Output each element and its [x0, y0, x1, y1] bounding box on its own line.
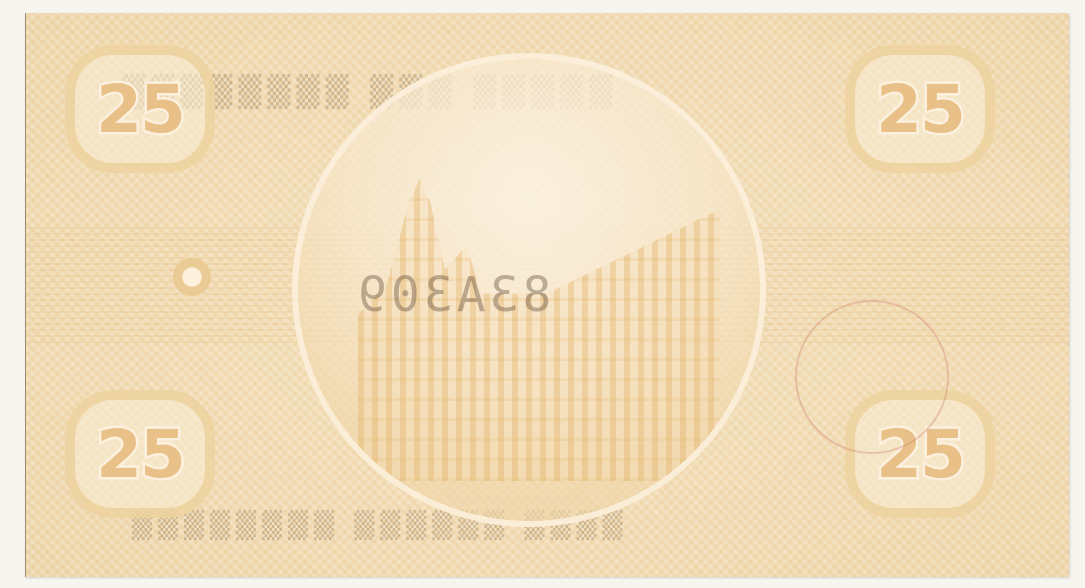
building-vignette	[358, 179, 720, 481]
red-stamp-bleed-through	[795, 300, 949, 454]
denomination-top-right: 25	[845, 45, 995, 173]
serial-number-bleed-through: 83A309	[354, 267, 551, 323]
denomination-bottom-left: 25	[65, 390, 215, 518]
denomination-top-left: 25	[65, 45, 215, 173]
denomination-value: 25	[96, 416, 184, 493]
denomination-value: 25	[96, 71, 184, 148]
rosette-ornament-icon	[170, 255, 214, 299]
denomination-value: 25	[876, 71, 964, 148]
